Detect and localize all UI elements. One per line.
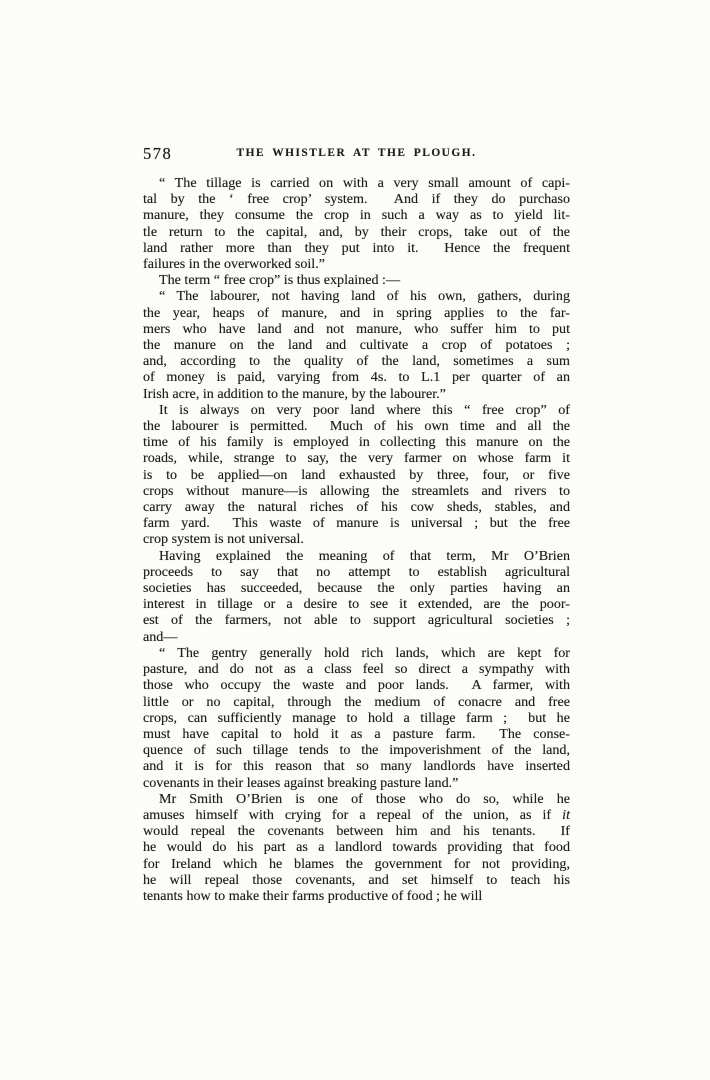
text-line: failures in the overworked soil.” — [143, 256, 570, 272]
text-line: “ The gentry generally hold rich lands, … — [143, 645, 570, 661]
text-line: It is always on very poor land where thi… — [143, 402, 570, 418]
text-line: crop system is not universal. — [143, 531, 570, 547]
text-line: amuses himself with crying for a repeal … — [143, 807, 570, 823]
text-line: time of his family is employed in collec… — [143, 434, 570, 450]
text-line: land rather more than they put into it. … — [143, 240, 570, 256]
text-line: for Ireland which he blames the governme… — [143, 856, 570, 872]
text-line: manure, they consume the crop in such a … — [143, 207, 570, 223]
text-line: the labourer is permitted. Much of his o… — [143, 418, 570, 434]
paragraph: Having explained the meaning of that ter… — [143, 548, 570, 645]
text-line: Mr Smith O’Brien is one of those who do … — [143, 791, 570, 807]
text-line: tenants how to make their farms producti… — [143, 888, 570, 904]
text-line: those who occupy the waste and poor land… — [143, 677, 570, 693]
page-number: 578 — [143, 144, 172, 164]
paragraph: Mr Smith O’Brien is one of those who do … — [143, 791, 570, 904]
text-line: Having explained the meaning of that ter… — [143, 548, 570, 564]
text-line: quence of such tillage tends to the impo… — [143, 742, 570, 758]
paragraph: “ The labourer, not having land of his o… — [143, 288, 570, 401]
paragraph: “ The gentry generally hold rich lands, … — [143, 645, 570, 791]
page-header: 578 THE WHISTLER AT THE PLOUGH. — [143, 144, 570, 162]
text-line: the year, heaps of manure, and in spring… — [143, 305, 570, 321]
text-line: The term “ free crop” is thus explained … — [143, 272, 570, 288]
text-line: he would do his part as a landlord towar… — [143, 839, 570, 855]
text-line: interest in tillage or a desire to see i… — [143, 596, 570, 612]
text-line: roads, while, strange to say, the very f… — [143, 450, 570, 466]
paragraph: “ The tillage is carried on with a very … — [143, 175, 570, 272]
text-line: est of the farmers, not able to support … — [143, 612, 570, 628]
scanned-page: 578 THE WHISTLER AT THE PLOUGH. “ The ti… — [0, 0, 710, 1080]
text-block: “ The tillage is carried on with a very … — [143, 175, 570, 904]
paragraph: The term “ free crop” is thus explained … — [143, 272, 570, 288]
text-line: is to be applied—on land exhausted by th… — [143, 467, 570, 483]
text-line: tle return to the capital, and, by their… — [143, 224, 570, 240]
text-line: little or no capital, through the medium… — [143, 694, 570, 710]
text-line: societies has succeeded, because the onl… — [143, 580, 570, 596]
text-line: of money is paid, varying from 4s. to L.… — [143, 369, 570, 385]
text-line: proceeds to say that no attempt to estab… — [143, 564, 570, 580]
text-line: must have capital to hold it as a pastur… — [143, 726, 570, 742]
text-line: and— — [143, 629, 570, 645]
text-line: pasture, and do not as a class feel so d… — [143, 661, 570, 677]
text-line: the manure on the land and cultivate a c… — [143, 337, 570, 353]
text-line: would repeal the covenants between him a… — [143, 823, 570, 839]
text-line: carry away the natural riches of his cow… — [143, 499, 570, 515]
text-line: farm yard. This waste of manure is unive… — [143, 515, 570, 531]
text-line: and, according to the quality of the lan… — [143, 353, 570, 369]
text-line: mers who have land and not manure, who s… — [143, 321, 570, 337]
text-line: and it is for this reason that so many l… — [143, 758, 570, 774]
paragraph: It is always on very poor land where thi… — [143, 402, 570, 548]
text-line: tal by the ‘ free crop’ system. And if t… — [143, 191, 570, 207]
text-line: covenants in their leases against breaki… — [143, 775, 570, 791]
text-line: he will repeal those covenants, and set … — [143, 872, 570, 888]
text-line: crops without manure—is allowing the str… — [143, 483, 570, 499]
text-line: “ The tillage is carried on with a very … — [143, 175, 570, 191]
text-line: Irish acre, in addition to the manure, b… — [143, 386, 570, 402]
running-title: THE WHISTLER AT THE PLOUGH. — [143, 144, 570, 159]
text-line: crops, can sufficiently manage to hold a… — [143, 710, 570, 726]
text-line: “ The labourer, not having land of his o… — [143, 288, 570, 304]
